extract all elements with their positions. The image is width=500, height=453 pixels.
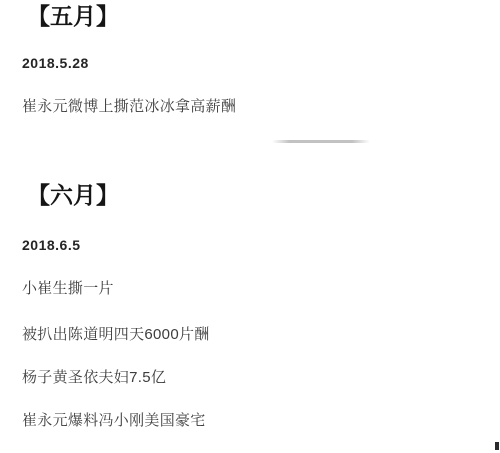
event-line: 被扒出陈道明四天6000片酬 (22, 325, 210, 345)
section-heading-june: 【六月】 (27, 182, 119, 210)
corner-artifact (495, 442, 499, 450)
event-line: 崔永元微博上撕范冰冰拿高薪酬 (22, 97, 236, 117)
event-line: 小崔生撕一片 (22, 279, 114, 299)
section-heading-may: 【五月】 (27, 3, 119, 31)
section-date-june: 2018.6.5 (22, 236, 81, 254)
event-line: 崔永元爆料冯小刚美国豪宅 (22, 411, 206, 431)
event-line: 杨子黄圣依夫妇7.5亿 (22, 368, 166, 388)
section-date-may: 2018.5.28 (22, 54, 89, 72)
section-divider (272, 140, 370, 143)
article-page: 【五月】 2018.5.28 崔永元微博上撕范冰冰拿高薪酬 【六月】 2018.… (0, 0, 500, 453)
